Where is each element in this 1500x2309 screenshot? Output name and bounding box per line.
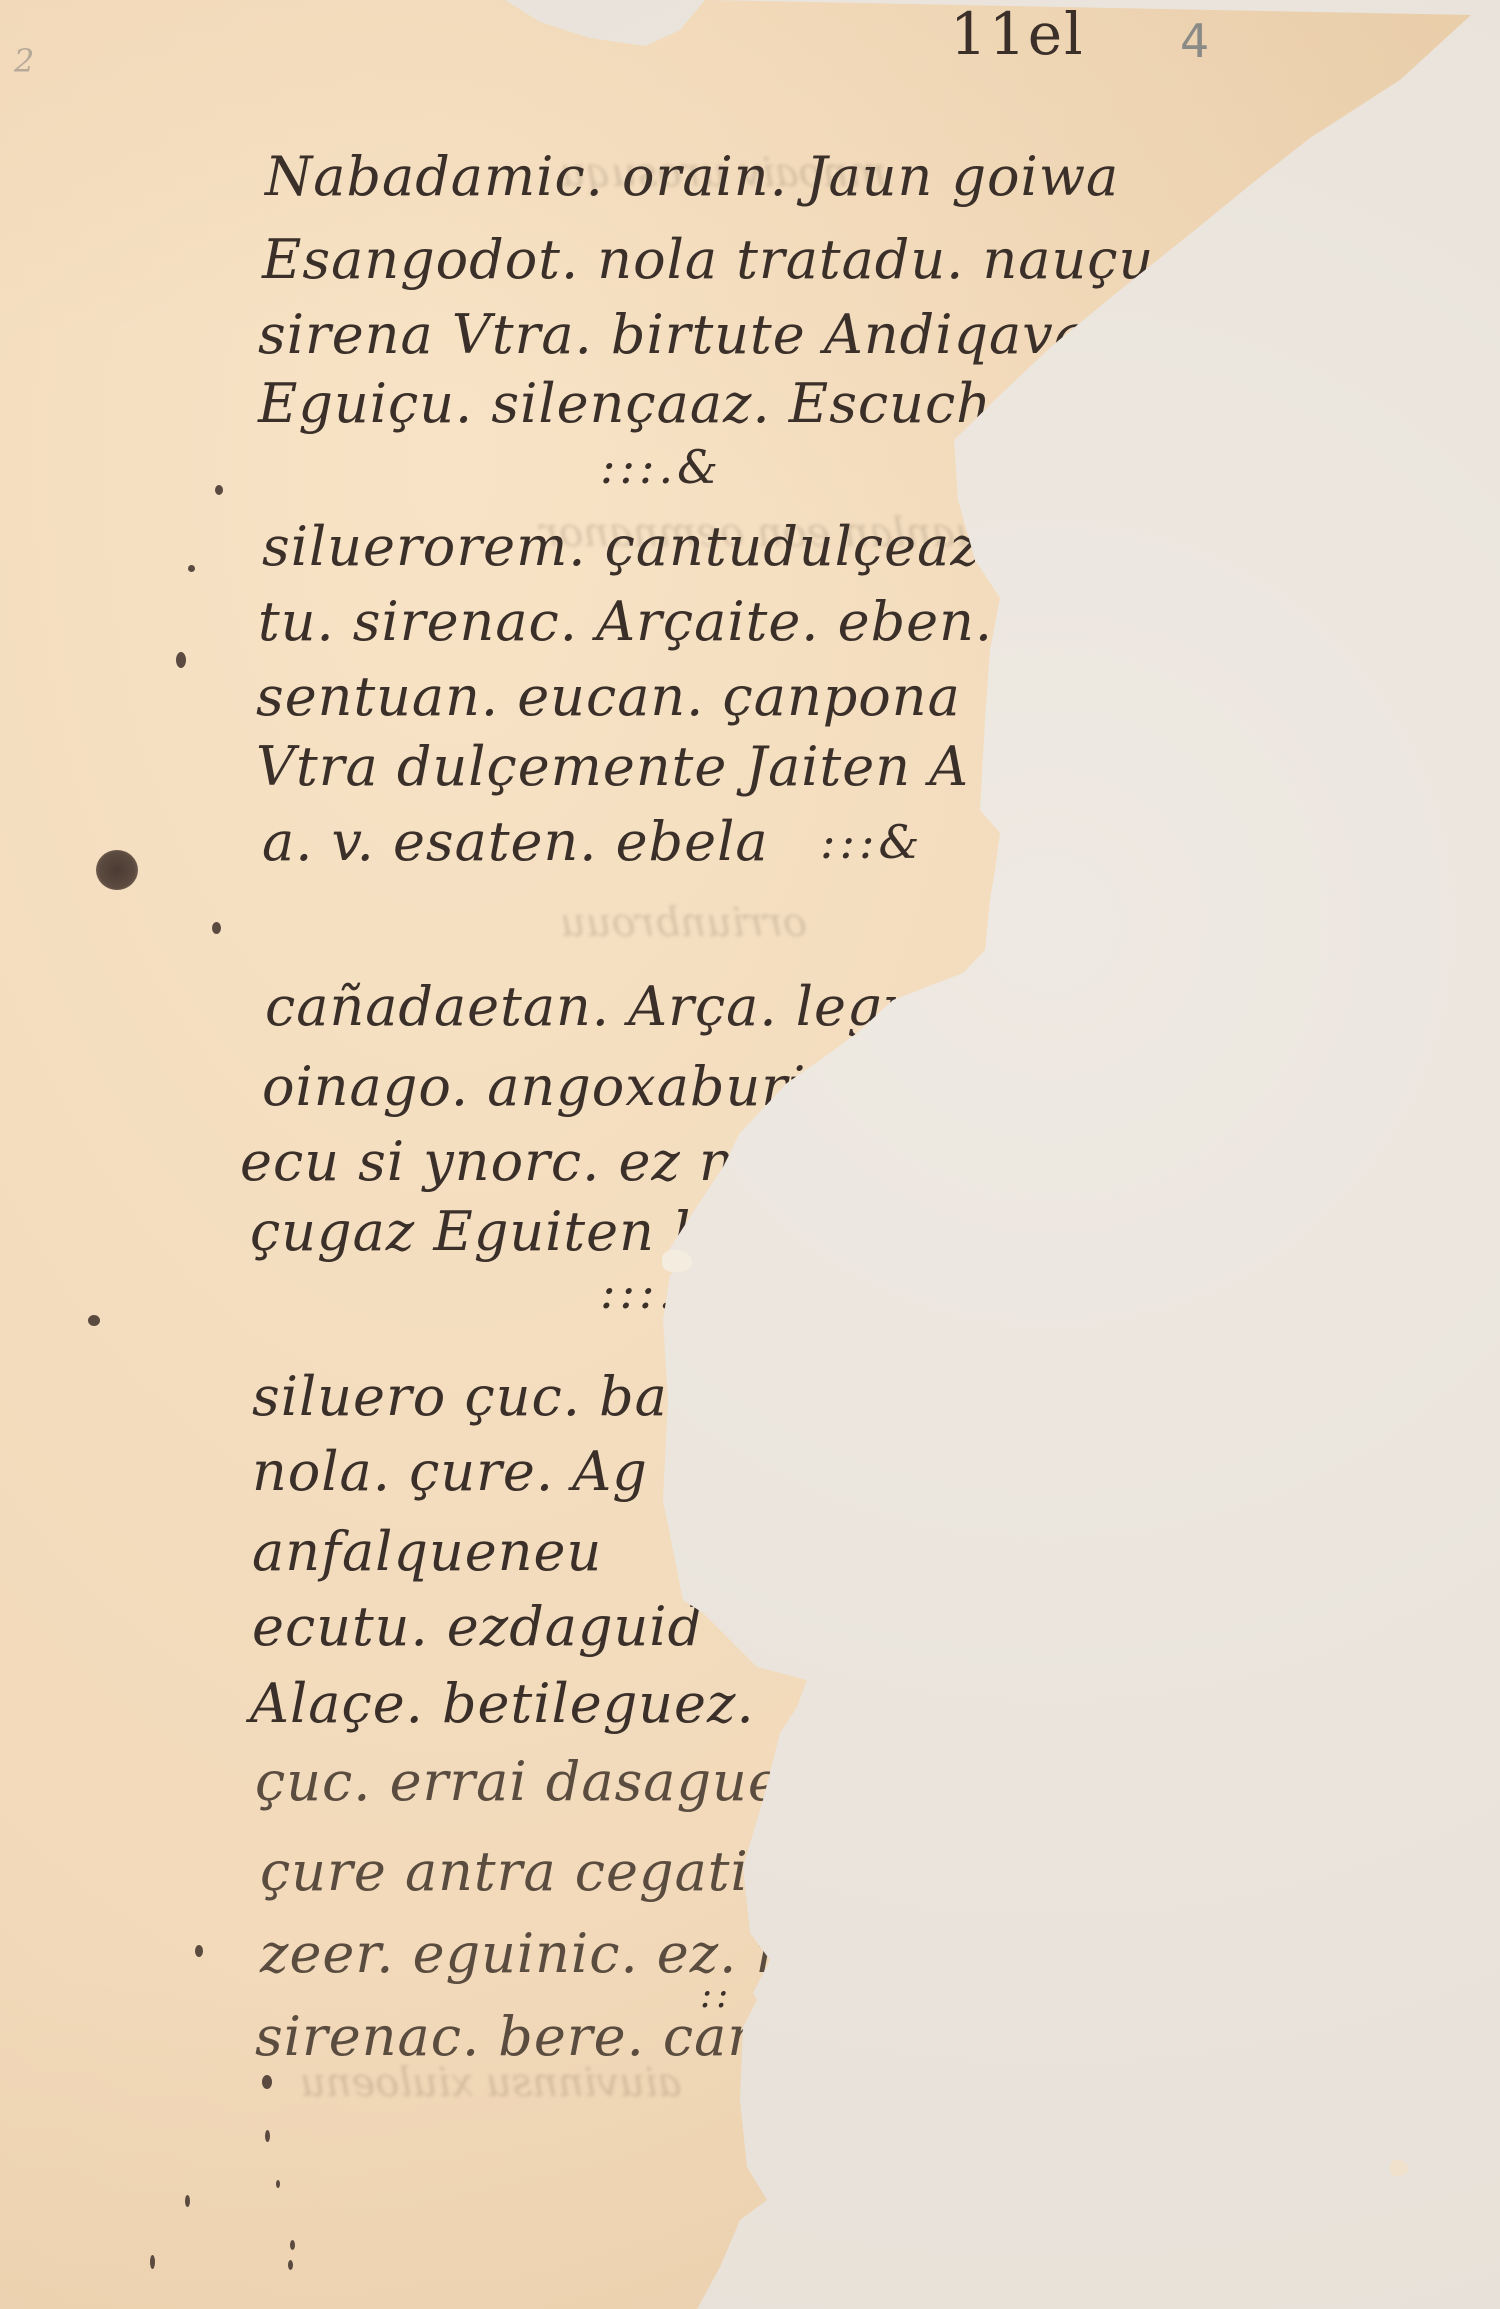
manuscript-line: ecutu. ezdaguid (252, 1595, 703, 1658)
paper-flake (662, 1250, 692, 1272)
folio-number-pencil: 4 (1180, 14, 1209, 68)
ink-speck (188, 565, 195, 572)
ink-speck (88, 1315, 100, 1326)
manuscript-line: Esangodot. nola tratadu. nauçu (262, 228, 1154, 291)
manuscript-line: siluero çuc. bad (252, 1365, 703, 1428)
manuscript-line: Vtra dulçemente Jaiten A (256, 735, 969, 798)
stanza-end-mark: :::& (820, 815, 923, 869)
manuscript-line: çure antra cegati: (260, 1840, 768, 1903)
ink-speck (265, 2130, 270, 2142)
manuscript-line: nola. çure. Ag (252, 1440, 648, 1503)
ink-blot (96, 850, 138, 890)
ink-speck (276, 2180, 280, 2188)
manuscript-line: anfalqueneu (252, 1520, 602, 1583)
manuscript-line: siluerorem. çantudulçeaz. Ai (262, 515, 1074, 578)
manuscript-line: tu. sirenac. Arçaite. eben. e (258, 590, 1044, 653)
stanza-end-mark: :::.& (600, 440, 722, 494)
show-through-text: orriunbrouu (560, 900, 807, 946)
paper-flake (1390, 2160, 1408, 2176)
ink-speck (288, 2260, 293, 2270)
folio-number-ink: 11el (950, 0, 1085, 68)
ink-speck (176, 652, 186, 668)
manuscript-line: sentuan. eucan. çanpona (256, 665, 961, 728)
margin-mark-top-left: 2 (14, 42, 34, 80)
ink-speck (150, 2255, 155, 2269)
manuscript-line: Nabadamic. orain. Jaun goiwa (265, 145, 1119, 208)
manuscript-line: Alaçe. betileguez. (250, 1672, 755, 1735)
manuscript-line: sirena Vtra. birtute Andiqava (258, 303, 1087, 366)
ink-speck (185, 2195, 190, 2207)
ink-speck (215, 485, 223, 495)
ink-speck (290, 2240, 295, 2250)
manuscript-line: sirenac. bere. cantu (255, 2005, 822, 2068)
ink-speck (262, 2075, 272, 2089)
ink-speck (195, 1945, 203, 1957)
ink-speck (212, 922, 221, 934)
manuscript-line: a. v. esaten. ebela (262, 810, 769, 873)
